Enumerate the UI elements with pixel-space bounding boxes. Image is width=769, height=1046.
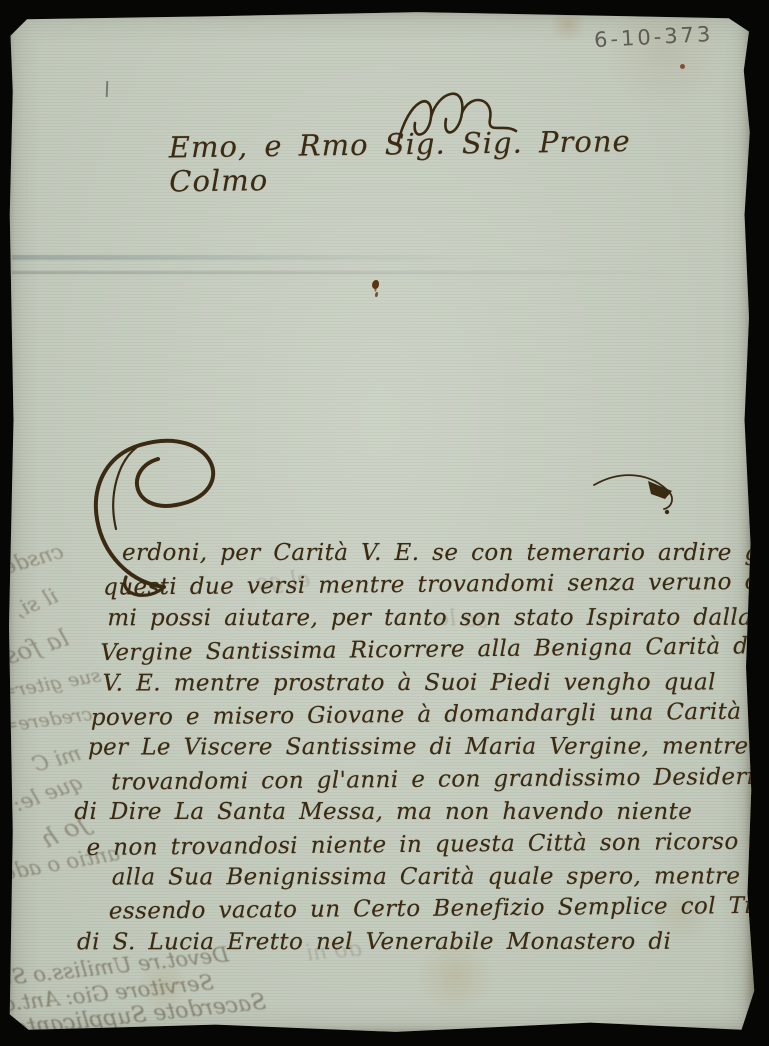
paper-sheet: 6-10-373 Emo, e Rmo Sig. Sig. Prone Colm… [6,9,755,1037]
bleedthrough-signature: Devot.re Umiliss.o Suo Servitore Gio: An… [0,937,281,1044]
ink-speck [680,64,685,69]
handwritten-line: essendo vacato un Certo Benefizio Sempli… [52,890,752,928]
handwritten-line: Vergine Santissima Ricorrere alla Benign… [50,631,750,671]
handwritten-line: trovandomi con gl'anni e con grandissimo… [51,761,751,799]
ink-blot-icon [590,467,690,523]
pencil-mark [106,81,109,97]
handwritten-line: alla Sua Benignissima Carità quale spero… [52,860,752,894]
handwritten-line: V. E. mentre prostrato à Suoi Piedi veng… [51,666,751,700]
salutation: Emo, e Rmo Sig. Sig. Prone Colmo [169,124,670,199]
handwritten-line: erdoni, per Carità V. E. se con temerari… [50,537,750,569]
body-text: erdoni, per Carità V. E. se con temerari… [50,535,752,960]
fold-crease [12,271,672,274]
handwritten-line: mi possi aiutare, per tanto son stato Is… [50,601,750,634]
handwritten-line: questi due versi mentre trovandomi senza… [50,566,750,604]
handwritten-line: povero e misero Giovane à domandargli un… [51,696,751,735]
handwritten-line: per Le Viscere Santissime di Maria Vergi… [51,731,751,765]
handwritten-line: di Dire La Santa Messa, ma non havendo n… [51,796,751,828]
ink-spot [372,280,379,289]
archival-number: 6-10-373 [593,22,713,52]
handwritten-line: e non trovandosi niente in questa Città … [51,825,751,864]
fold-crease [12,255,492,260]
document-scan-viewport: { "document": { "kind": "handwritten-let… [0,0,769,1046]
